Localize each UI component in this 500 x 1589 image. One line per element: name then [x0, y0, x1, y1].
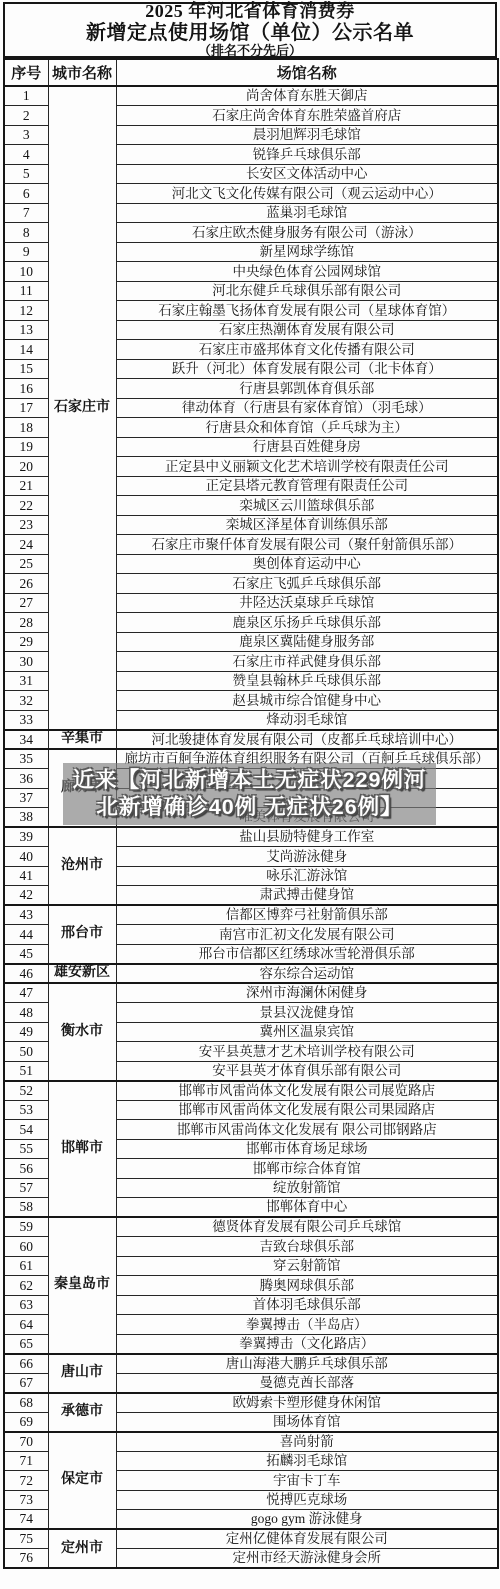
- table-row: 68承德市欧姆索卡塑形健身休闲馆: [4, 1393, 498, 1413]
- venue-name-cell: 绽放射箭馆: [116, 1178, 498, 1198]
- row-index-cell: 53: [4, 1100, 48, 1120]
- venue-name-cell: 唐山海港大鹏乒乓球俱乐部: [116, 1354, 498, 1374]
- venue-name-cell: 景县汉泷健身馆: [116, 1003, 498, 1023]
- venue-name-cell: 蓝巢羽毛球馆: [116, 203, 498, 223]
- row-index-cell: 7: [4, 203, 48, 223]
- row-index-cell: 48: [4, 1003, 48, 1023]
- public-notice-sheet: 2025 年河北省体育消费券 新增定点使用场馆（单位）公示名单 （排名不分先后）…: [0, 0, 500, 1589]
- venue-name-cell: 石家庄市聚仟体育发展有限公司（聚仟射箭俱乐部）: [116, 535, 498, 555]
- row-index-cell: 47: [4, 983, 48, 1003]
- venue-name-cell: 河北文飞文化传媒有限公司（观云运动中心）: [116, 184, 498, 204]
- venue-name-cell: 肃武搏击健身馆: [116, 886, 498, 906]
- venue-name-cell: 石家庄翰墨飞扬体育发展有限公司（星球体育馆）: [116, 301, 498, 321]
- city-name-cell: 雄安新区: [48, 964, 116, 984]
- venue-name-cell: 邯郸市综合体育馆: [116, 1159, 498, 1179]
- row-index-cell: 27: [4, 593, 48, 613]
- city-name-cell: 石家庄市: [48, 86, 116, 730]
- row-index-cell: 20: [4, 457, 48, 477]
- venue-name-cell: 石家庄市祥武健身俱乐部: [116, 652, 498, 672]
- col-header-venue: 场馆名称: [116, 59, 498, 86]
- row-index-cell: 63: [4, 1295, 48, 1315]
- venue-name-cell: 行唐县郭凯体育俱乐部: [116, 379, 498, 399]
- title-box: 2025 年河北省体育消费券 新增定点使用场馆（单位）公示名单 （排名不分先后）: [3, 2, 497, 58]
- venue-name-cell: 悦搏匹克球场: [116, 1490, 498, 1510]
- row-index-cell: 67: [4, 1373, 48, 1393]
- row-index-cell: 36: [4, 769, 48, 789]
- venue-name-cell: 烽动羽毛球馆: [116, 710, 498, 730]
- row-index-cell: 21: [4, 476, 48, 496]
- title-line-3: （排名不分先后）: [198, 44, 302, 59]
- city-name-cell: 衡水市: [48, 983, 116, 1081]
- table-row: 52邯郸市邯郸市风雷尚体文化发展有限公司展览路店: [4, 1081, 498, 1101]
- row-index-cell: 23: [4, 515, 48, 535]
- row-index-cell: 56: [4, 1159, 48, 1179]
- row-index-cell: 55: [4, 1139, 48, 1159]
- row-index-cell: 72: [4, 1471, 48, 1491]
- city-name-cell: 承德市: [48, 1393, 116, 1432]
- row-index-cell: 11: [4, 281, 48, 301]
- venue-name-cell: 长安区文体活动中心: [116, 164, 498, 184]
- venue-name-cell: 宇宙卡丁车: [116, 1471, 498, 1491]
- row-index-cell: 45: [4, 944, 48, 964]
- venue-name-cell: 定州市经天游泳健身会所: [116, 1549, 498, 1569]
- row-index-cell: 39: [4, 827, 48, 847]
- row-index-cell: 5: [4, 164, 48, 184]
- row-index-cell: 59: [4, 1217, 48, 1237]
- city-name-cell: 邯郸市: [48, 1081, 116, 1218]
- table-row: 70保定市喜尚射箭: [4, 1432, 498, 1452]
- news-caption-line-1: 近来【河北新增本土无症状229例河: [73, 767, 427, 794]
- venue-name-cell: 正定县中义丽颖文化艺术培训学校有限责任公司: [116, 457, 498, 477]
- table-row: 43邢台市信都区博弈弓社射箭俱乐部: [4, 905, 498, 925]
- row-index-cell: 14: [4, 340, 48, 360]
- venue-name-cell: 栾城区云川篮球俱乐部: [116, 496, 498, 516]
- venue-name-cell: 安平县英慧才艺术培训学校有限公司: [116, 1042, 498, 1062]
- city-name-cell: 辛集市: [48, 730, 116, 750]
- row-index-cell: 28: [4, 613, 48, 633]
- row-index-cell: 68: [4, 1393, 48, 1413]
- row-index-cell: 9: [4, 242, 48, 262]
- venue-name-cell: 石家庄市盛邦体育文化传播有限公司: [116, 340, 498, 360]
- news-caption-overlay: 近来【河北新增本土无症状229例河 北新增确诊40例 无症状26例】: [63, 763, 436, 825]
- row-index-cell: 4: [4, 145, 48, 165]
- row-index-cell: 31: [4, 671, 48, 691]
- row-index-cell: 71: [4, 1451, 48, 1471]
- row-index-cell: 70: [4, 1432, 48, 1452]
- venue-name-cell: 河北东健乒乓球俱乐部有限公司: [116, 281, 498, 301]
- row-index-cell: 1: [4, 86, 48, 106]
- venue-name-cell: 拳翼搏击（文化路店）: [116, 1334, 498, 1354]
- venue-name-cell: 穿云射箭馆: [116, 1256, 498, 1276]
- row-index-cell: 13: [4, 320, 48, 340]
- venue-name-cell: 跃升（河北）体育发展有限公司（北卡体育）: [116, 359, 498, 379]
- table-header-row: 序号 城市名称 场馆名称: [4, 59, 498, 86]
- city-name-cell: 保定市: [48, 1432, 116, 1530]
- row-index-cell: 50: [4, 1042, 48, 1062]
- row-index-cell: 34: [4, 730, 48, 750]
- venue-name-cell: 邯郸体育中心: [116, 1198, 498, 1218]
- table-row: 46雄安新区容东综合运动馆: [4, 964, 498, 984]
- row-index-cell: 30: [4, 652, 48, 672]
- city-name-cell: 定州市: [48, 1529, 116, 1568]
- row-index-cell: 64: [4, 1315, 48, 1335]
- title-line-1: 2025 年河北省体育消费券: [145, 1, 355, 21]
- venue-name-cell: 赵县城市综合馆健身中心: [116, 691, 498, 711]
- venue-name-cell: 曼德克酋长部落: [116, 1373, 498, 1393]
- venue-name-cell: 围场体育馆: [116, 1412, 498, 1432]
- row-index-cell: 16: [4, 379, 48, 399]
- row-index-cell: 74: [4, 1510, 48, 1530]
- table-row: 59秦皇岛市德贤体育发展有限公司乒乓球馆: [4, 1217, 498, 1237]
- city-name-cell: 邢台市: [48, 905, 116, 964]
- table-row: 34辛集市河北骏捷体育发展有限公司（皮都乒乓球培训中心）: [4, 730, 498, 750]
- venue-name-cell: 喜尚射箭: [116, 1432, 498, 1452]
- news-caption-line-2: 北新增确诊40例 无症状26例】: [96, 794, 402, 821]
- row-index-cell: 76: [4, 1549, 48, 1569]
- row-index-cell: 19: [4, 437, 48, 457]
- venue-name-cell: 拳翼搏击（半岛店）: [116, 1315, 498, 1335]
- row-index-cell: 65: [4, 1334, 48, 1354]
- venue-name-cell: 河北骏捷体育发展有限公司（皮都乒乓球培训中心）: [116, 730, 498, 750]
- row-index-cell: 32: [4, 691, 48, 711]
- row-index-cell: 62: [4, 1276, 48, 1296]
- venue-name-cell: 石家庄尚舍体育东胜荣盛首府店: [116, 106, 498, 126]
- row-index-cell: 60: [4, 1237, 48, 1257]
- venue-name-cell: 律动体育（行唐县有家体育馆）（羽毛球）: [116, 398, 498, 418]
- row-index-cell: 44: [4, 925, 48, 945]
- venue-name-cell: 鹿泉区冀陆健身服务部: [116, 632, 498, 652]
- row-index-cell: 8: [4, 223, 48, 243]
- venue-name-cell: 邯郸市风雷尚体文化发展有限公司果园路店: [116, 1100, 498, 1120]
- row-index-cell: 35: [4, 749, 48, 769]
- venue-name-cell: 艾尚游泳健身: [116, 847, 498, 867]
- venue-name-cell: 邯郸市体育场足球场: [116, 1139, 498, 1159]
- row-index-cell: 69: [4, 1412, 48, 1432]
- row-index-cell: 24: [4, 535, 48, 555]
- city-name-cell: 沧州市: [48, 827, 116, 905]
- row-index-cell: 58: [4, 1198, 48, 1218]
- venue-name-cell: 中央绿色体育公园网球馆: [116, 262, 498, 282]
- row-index-cell: 66: [4, 1354, 48, 1374]
- venue-name-cell: 盐山县励特健身工作室: [116, 827, 498, 847]
- row-index-cell: 10: [4, 262, 48, 282]
- venue-name-cell: 咏乐汇游泳馆: [116, 866, 498, 886]
- venue-name-cell: 安平县英才体育俱乐部有限公司: [116, 1061, 498, 1081]
- row-index-cell: 49: [4, 1022, 48, 1042]
- row-index-cell: 42: [4, 886, 48, 906]
- venue-name-cell: 邯郸市风雷尚体文化发展有限公司展览路店: [116, 1081, 498, 1101]
- row-index-cell: 18: [4, 418, 48, 438]
- venue-name-cell: 南宫市汇初文化发展有限公司: [116, 925, 498, 945]
- row-index-cell: 15: [4, 359, 48, 379]
- venue-name-cell: 栾城区泽星体育训练俱乐部: [116, 515, 498, 535]
- venue-name-cell: 拓麟羽毛球馆: [116, 1451, 498, 1471]
- venue-name-cell: 晨羽旭辉羽毛球馆: [116, 125, 498, 145]
- row-index-cell: 54: [4, 1120, 48, 1140]
- row-index-cell: 46: [4, 964, 48, 984]
- row-index-cell: 38: [4, 808, 48, 828]
- venue-name-cell: 定州亿健体育发展有限公司: [116, 1529, 498, 1549]
- venue-name-cell: 井陉达沃桌球乒乓球馆: [116, 593, 498, 613]
- venue-name-cell: 行唐县百姓健身房: [116, 437, 498, 457]
- col-header-city: 城市名称: [48, 59, 116, 86]
- venue-name-cell: gogo gym 游泳健身: [116, 1510, 498, 1530]
- venue-name-cell: 鹿泉区乐扬乒乓球俱乐部: [116, 613, 498, 633]
- venue-name-cell: 信都区博弈弓社射箭俱乐部: [116, 905, 498, 925]
- col-header-index: 序号: [4, 59, 48, 86]
- row-index-cell: 33: [4, 710, 48, 730]
- venue-name-cell: 正定县塔元教育管理有限责任公司: [116, 476, 498, 496]
- row-index-cell: 37: [4, 788, 48, 808]
- city-name-cell: 唐山市: [48, 1354, 116, 1393]
- venue-name-cell: 欧姆索卡塑形健身休闲馆: [116, 1393, 498, 1413]
- title-line-2: 新增定点使用场馆（单位）公示名单: [86, 22, 414, 44]
- row-index-cell: 3: [4, 125, 48, 145]
- venue-name-cell: 邯郸市风雷尚体文化发展有 限公司邯钢路店: [116, 1120, 498, 1140]
- table-row: 1石家庄市尚舍体育东胜天御店: [4, 86, 498, 106]
- row-index-cell: 22: [4, 496, 48, 516]
- row-index-cell: 12: [4, 301, 48, 321]
- row-index-cell: 61: [4, 1256, 48, 1276]
- venue-name-cell: 赞皇县翰林乒乓球俱乐部: [116, 671, 498, 691]
- row-index-cell: 17: [4, 398, 48, 418]
- venue-name-cell: 德贤体育发展有限公司乒乓球馆: [116, 1217, 498, 1237]
- row-index-cell: 43: [4, 905, 48, 925]
- venue-name-cell: 容东综合运动馆: [116, 964, 498, 984]
- row-index-cell: 41: [4, 866, 48, 886]
- venue-name-cell: 吉致台球俱乐部: [116, 1237, 498, 1257]
- venue-name-cell: 行唐县众和体育馆（乒乓球为主）: [116, 418, 498, 438]
- venue-name-cell: 石家庄热潮体育发展有限公司: [116, 320, 498, 340]
- city-name-cell: 秦皇岛市: [48, 1217, 116, 1354]
- venue-name-cell: 新星网球学练馆: [116, 242, 498, 262]
- row-index-cell: 73: [4, 1490, 48, 1510]
- venue-name-cell: 奥创体育运动中心: [116, 554, 498, 574]
- venue-name-cell: 深州市海澜休闲健身: [116, 983, 498, 1003]
- row-index-cell: 25: [4, 554, 48, 574]
- venue-name-cell: 腾奥网球俱乐部: [116, 1276, 498, 1296]
- venue-name-cell: 石家庄飞弧乒乓球俱乐部: [116, 574, 498, 594]
- venue-name-cell: 尚舍体育东胜天御店: [116, 86, 498, 106]
- row-index-cell: 2: [4, 106, 48, 126]
- row-index-cell: 29: [4, 632, 48, 652]
- venue-name-cell: 冀州区温泉宾馆: [116, 1022, 498, 1042]
- venue-name-cell: 邢台市信都区红绣球冰雪轮滑俱乐部: [116, 944, 498, 964]
- row-index-cell: 6: [4, 184, 48, 204]
- venue-name-cell: 锐锋乒乓球俱乐部: [116, 145, 498, 165]
- row-index-cell: 52: [4, 1081, 48, 1101]
- table-row: 47衡水市深州市海澜休闲健身: [4, 983, 498, 1003]
- venue-name-cell: 首体羽毛球俱乐部: [116, 1295, 498, 1315]
- table-row: 66唐山市唐山海港大鹏乒乓球俱乐部: [4, 1354, 498, 1374]
- row-index-cell: 40: [4, 847, 48, 867]
- row-index-cell: 51: [4, 1061, 48, 1081]
- venue-name-cell: 石家庄欧杰健身服务有限公司（游泳）: [116, 223, 498, 243]
- table-row: 39沧州市盐山县励特健身工作室: [4, 827, 498, 847]
- table-row: 75定州市定州亿健体育发展有限公司: [4, 1529, 498, 1549]
- row-index-cell: 75: [4, 1529, 48, 1549]
- row-index-cell: 57: [4, 1178, 48, 1198]
- row-index-cell: 26: [4, 574, 48, 594]
